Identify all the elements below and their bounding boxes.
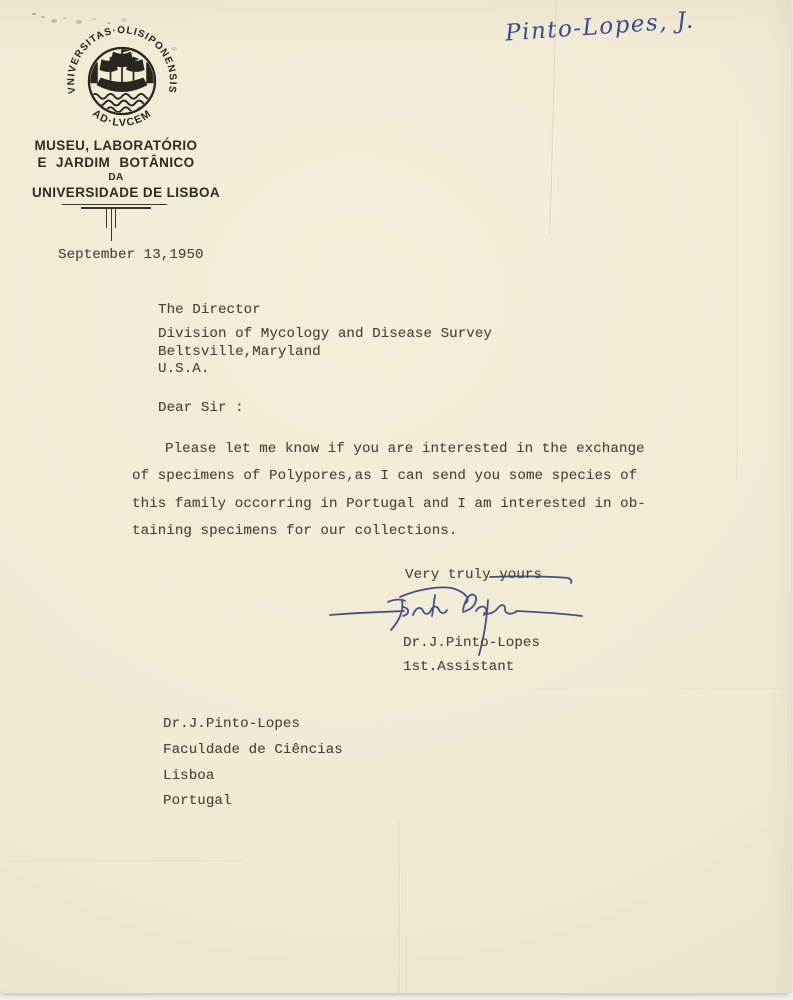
- sender-line: Portugal: [163, 793, 232, 809]
- recipient-line: Beltsville,Maryland: [158, 344, 321, 360]
- letterhead-line: UNIVERSIDADE DE LISBOA: [0, 185, 252, 200]
- sender-line: Faculdade de Ciências: [163, 742, 343, 758]
- recipient-line: The Director: [158, 302, 261, 318]
- catalog-note: Pinto-Lopes, J.: [504, 7, 695, 46]
- fold-crease: [535, 688, 790, 691]
- letterhead-line: MUSEU, LABORATÓRIO: [0, 138, 232, 153]
- salutation: Dear Sir :: [158, 400, 244, 416]
- sender-line: Lisboa: [163, 768, 214, 784]
- pencil-smudges: [32, 13, 36, 15]
- letterhead-mark: [115, 208, 116, 228]
- typed-signature-title: 1st.Assistant: [403, 659, 514, 675]
- recipient-line: Division of Mycology and Disease Survey: [158, 326, 492, 342]
- fold-crease: [8, 860, 243, 863]
- letterhead-rule-thin: [62, 204, 167, 205]
- body-line: of specimens of Polypores,as I can send …: [132, 468, 637, 484]
- fold-crease: [398, 820, 401, 993]
- body-line: Please let me know if you are interested…: [165, 441, 645, 457]
- sender-line: Dr.J.Pinto-Lopes: [163, 716, 300, 732]
- university-seal: VNIVERSITAS·OLISIPONENSIS AD·LVCEM: [55, 14, 189, 148]
- letter-scan: VNIVERSITAS·OLISIPONENSIS AD·LVCEM: [0, 0, 791, 993]
- letterhead-mark: [111, 208, 112, 241]
- letterhead-line: DA: [0, 172, 232, 183]
- letterhead-line: E JARDIM BOTÂNICO: [0, 155, 232, 170]
- typed-signature-name: Dr.J.Pinto-Lopes: [403, 635, 540, 651]
- body-line: taining specimens for our collections.: [132, 523, 457, 539]
- fold-crease: [736, 120, 739, 480]
- letterhead-mark: [106, 208, 107, 228]
- date-line: September 13,1950: [58, 247, 204, 263]
- recipient-line: U.S.A.: [158, 361, 209, 377]
- body-line: this family occorring in Portugal and I …: [132, 496, 646, 512]
